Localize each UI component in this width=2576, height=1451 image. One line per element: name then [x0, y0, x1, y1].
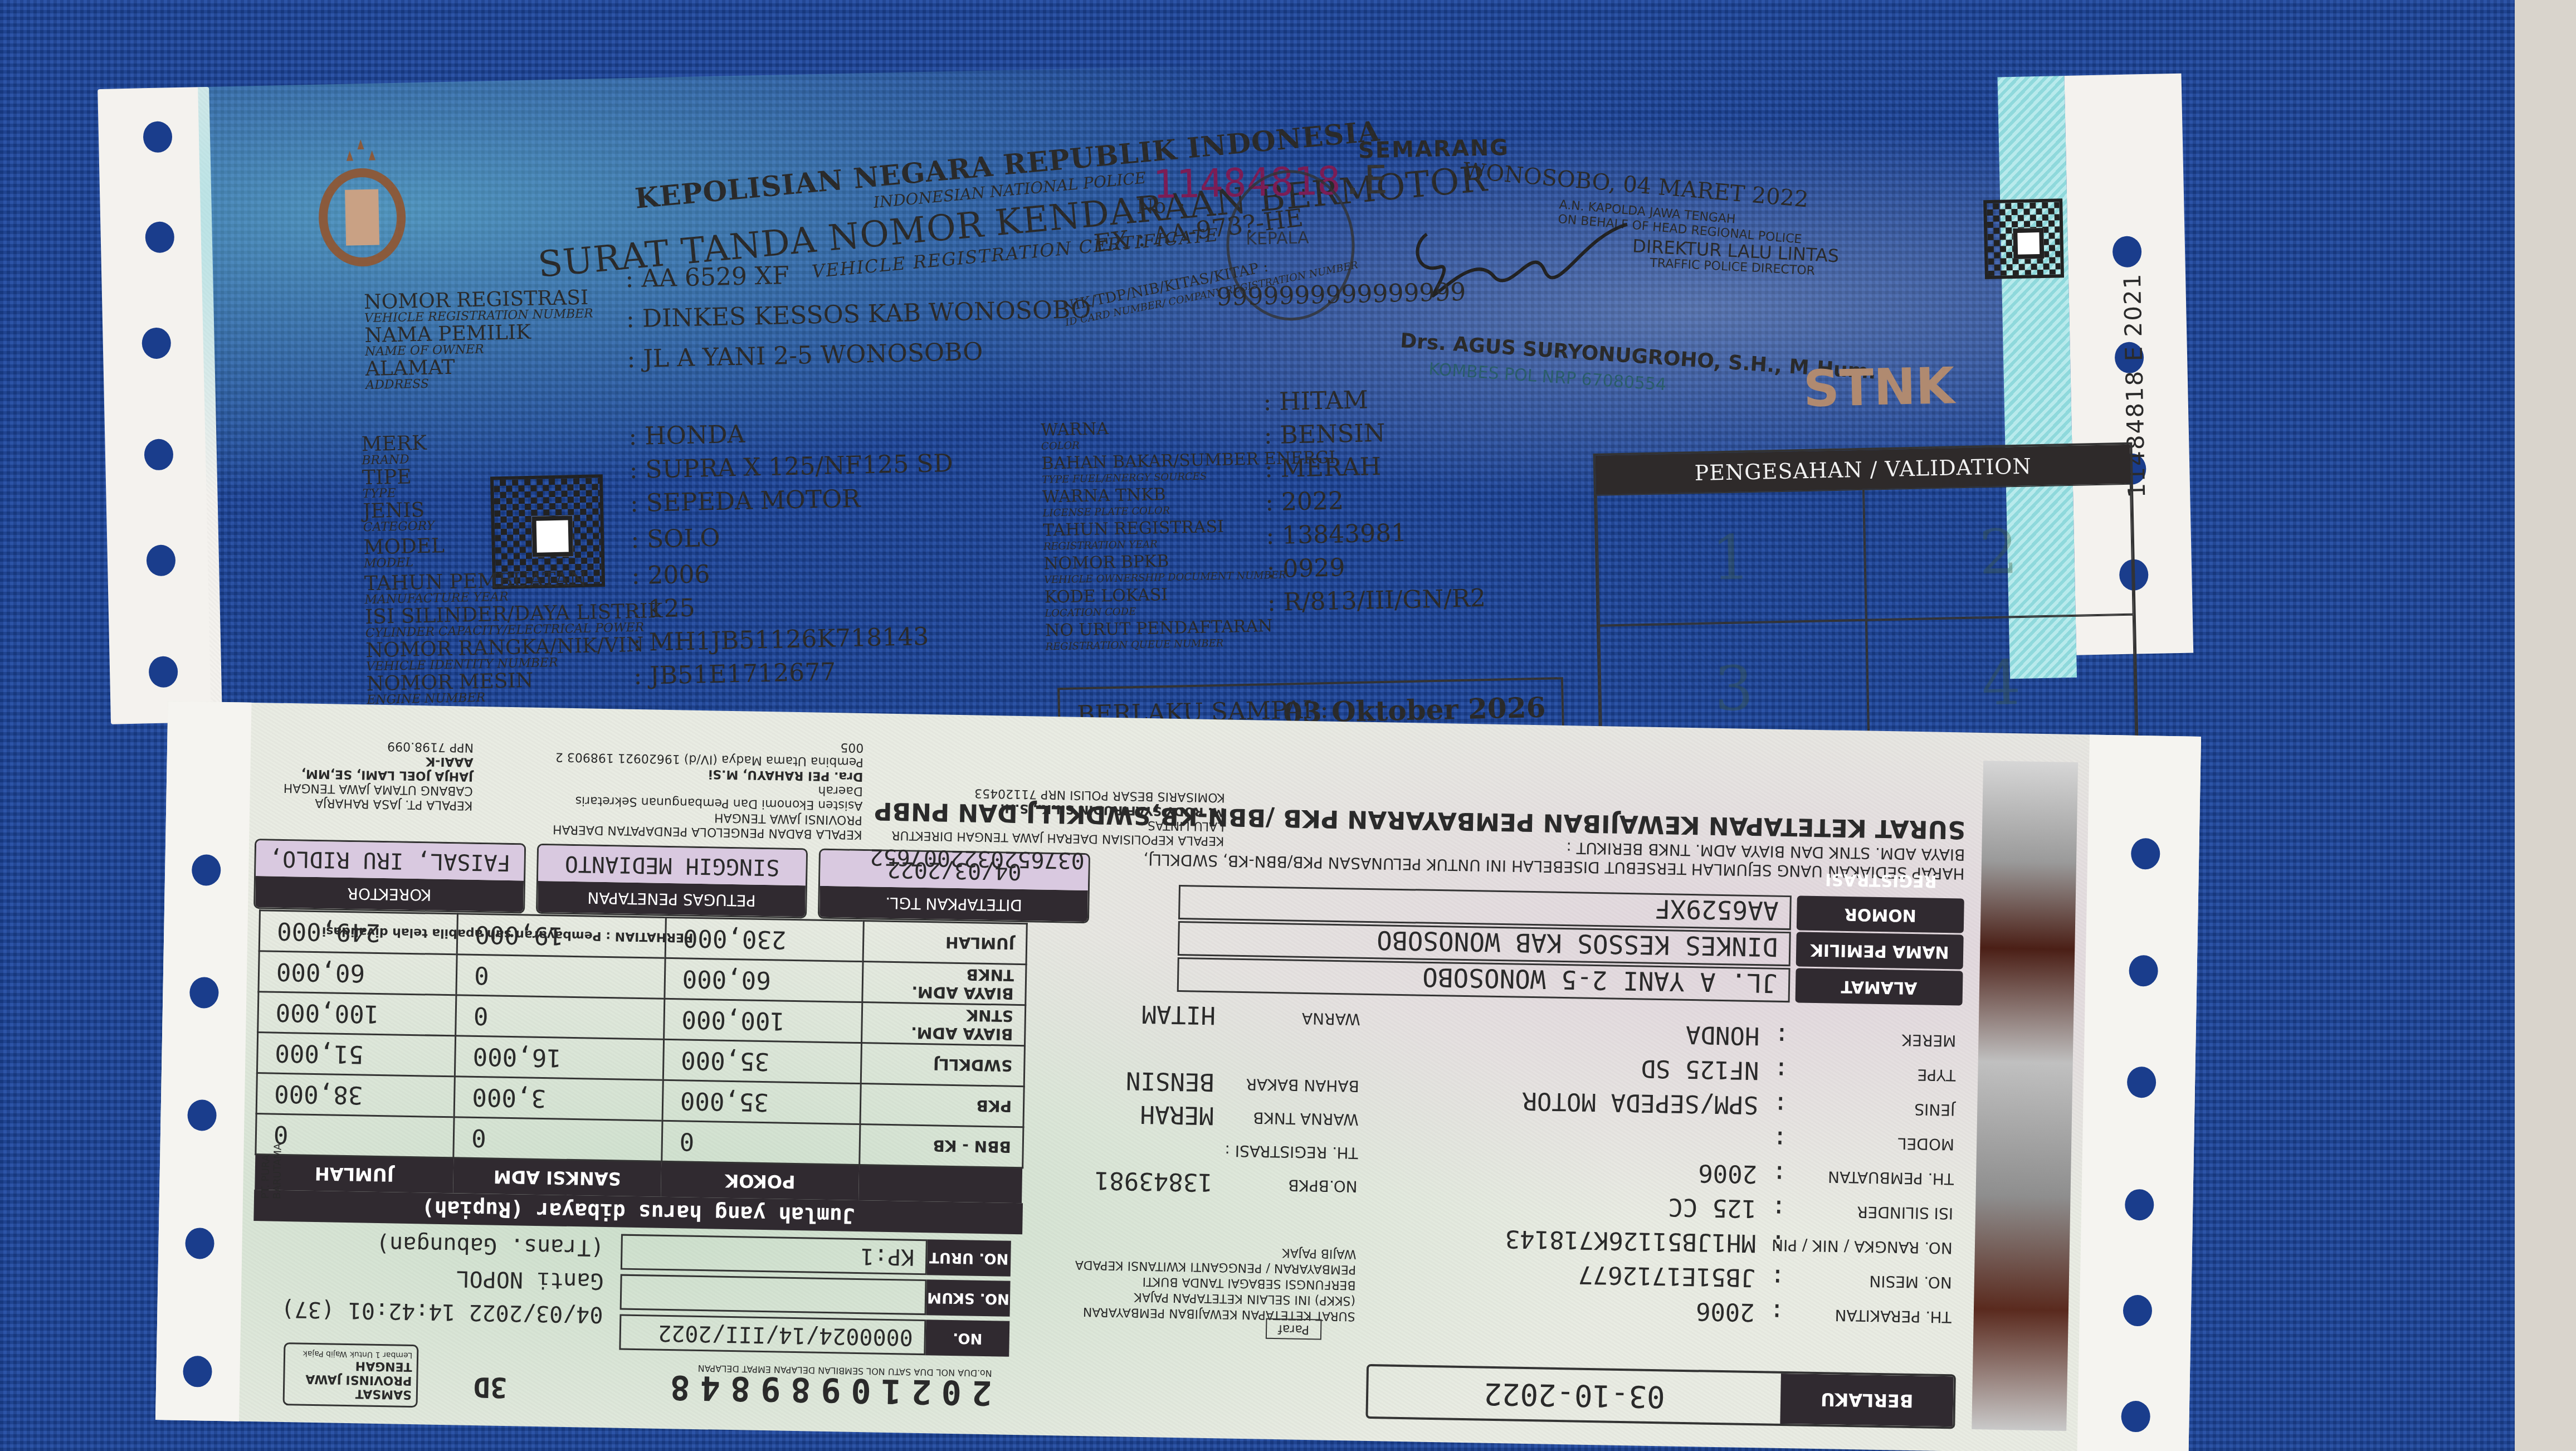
payment-pokok: 35,000	[662, 1080, 861, 1124]
payment-sanksi: 0	[456, 995, 665, 1040]
payment-item: SWDKLLJ	[861, 1043, 1024, 1087]
payment-item: BIAYA ADM. STNK	[862, 1002, 1026, 1046]
code-label-urut: NO. URUT	[927, 1239, 1011, 1277]
validation-cell-4: 4	[1866, 615, 2136, 751]
jr-title: KEPALA PT. JASA RAHARJA CABANG UTAMA JAW…	[277, 780, 473, 812]
signature-police: KEPALA KEPOLISIAN DAERAH JAWA TENGAH DIR…	[890, 784, 1225, 848]
payment-table: Jumlah yang harus dibayar (Rupiah) POKOK…	[253, 909, 1028, 1234]
receipt-extra-value: 13843981	[1094, 1166, 1213, 1196]
payment-jumlah: 38,000	[256, 1073, 455, 1117]
field-value: : 2006	[631, 560, 710, 590]
payment-col-sanksi: SANKSI ADM	[453, 1158, 661, 1197]
validation-cell-2: 2	[1863, 484, 2134, 620]
stnk-field-5: JENISCATEGORY	[363, 500, 435, 534]
payment-item: BBN - KB	[860, 1124, 1023, 1168]
region-city: SEMARANG	[1358, 135, 1510, 164]
stnk-field-right-2: WARNA TNKBLICENSE PLATE COLOR	[1042, 485, 1170, 520]
code-value-urut: KP:1	[621, 1234, 928, 1275]
field-label: WARNA TNKB	[1042, 485, 1170, 508]
field-label: NOMOR MESIN	[366, 671, 533, 694]
receipt-field-label: ISI SILINDER	[1857, 1202, 1953, 1223]
stnk-document: 11484818 E 2021 KEPOLISIAN NEGARA REPUBL…	[97, 40, 2194, 724]
stnk-field-1: NAMA PEMILIKNAME OF OWNER	[364, 323, 531, 358]
stnk-field-right-5: KODE LOKASILOCATION CODE	[1044, 585, 1168, 620]
code-label-kohir: NO. KOHIR	[925, 1319, 1009, 1357]
receipt-extra-label: WARNA	[1302, 1009, 1360, 1029]
paraf-box: Paraf	[1266, 1318, 1322, 1340]
payment-pokok: 35,000	[663, 1039, 861, 1083]
field-label: KODE LOKASI	[1044, 585, 1168, 608]
field-label-en: CATEGORY	[363, 520, 435, 534]
police-emblem-icon	[310, 138, 413, 269]
field-value: : 2022	[1265, 486, 1344, 517]
field-label-en: MODEL	[364, 556, 445, 570]
receipt-field-value: : NF125 SD	[1641, 1054, 1789, 1085]
payment-sanksi: 16,000	[455, 1036, 664, 1080]
field-label-en: LOCATION CODE	[1045, 605, 1168, 620]
receipt-extra-label: TH. REGISTRASI :	[1224, 1141, 1358, 1162]
validation-cell-1: 1	[1596, 489, 1866, 626]
receipt-field-value: : 125 CC	[1668, 1192, 1787, 1223]
field-label: JENIS	[363, 500, 435, 522]
hologram-strip	[1972, 761, 2078, 1431]
field-label-en: COLOR	[1041, 439, 1109, 453]
perforation-strip-left	[2077, 734, 2201, 1451]
code-value-kohir: 0000024/14/III/2022	[619, 1314, 926, 1356]
perforation-strip-right	[155, 701, 251, 1421]
field-label-en: BRAND	[362, 454, 427, 467]
receipt-field-value: : SPM/SEPEDA MOTOR	[1522, 1087, 1788, 1119]
payment-col-jumlah: JUMLAH	[255, 1155, 453, 1194]
label-nomor-registrasi: NOMOR REGISTRASI	[1797, 895, 1964, 933]
skkp-notice: SURAT KETETAPAN KEWAJIBAN PEMBAYARAN (SK…	[1065, 1241, 1356, 1324]
note-ganti-nopol: Ganti NOPOL	[456, 1265, 604, 1294]
note-trans: (Trans. Gabungan)	[376, 1231, 604, 1260]
receipt-extra-label: BAHAN BAKAR	[1246, 1075, 1359, 1095]
stnk-field-right-3: TAHUN REGISTRASIREGISTRATION YEAR	[1043, 517, 1224, 553]
field-value: : SEPEDA MOTOR	[630, 484, 860, 518]
receipt-field-label: TYPE	[1917, 1065, 1955, 1084]
signature-bapenda: KEPALA BADAN PENGELOLA PENDAPATAN DAERAH…	[528, 734, 863, 841]
payment-sanksi: 0	[456, 955, 665, 999]
receipt-field-value: : HONDA	[1686, 1020, 1789, 1050]
payment-sanksi: 0	[453, 1117, 662, 1162]
stnk-watermark: STNK	[1803, 357, 1955, 418]
stnk-field-7: TAHUN PEMBUATANMANUFACTURE YEAR	[364, 569, 587, 606]
bapenda-sub: Asisten Ekonomi Dan Pembangunan Sekretar…	[528, 778, 863, 812]
field-value: : 125	[632, 594, 695, 624]
payment-jumlah: 60,000	[258, 951, 457, 995]
code-label-skum: NO. SKUM	[926, 1279, 1011, 1317]
field-label: TIPE	[362, 467, 412, 488]
receipt-field-value: : 2006	[1698, 1158, 1787, 1189]
police-title: KEPALA KEPOLISIAN DAERAH JAWA TENGAH DIR…	[890, 813, 1224, 848]
stamp-code: 3D	[473, 1371, 507, 1404]
receipt-codes: NO. KOHIR0000024/14/III/2022 NO. SKUM NO…	[619, 1230, 1011, 1357]
receipt-expire-label: BERLAKU SAMPAI	[1780, 1374, 1954, 1426]
field-value: : HITAM	[1263, 386, 1368, 416]
payment-sanksi: 3,000	[454, 1077, 663, 1121]
field-value: : MERAH	[1264, 452, 1381, 483]
field-value: : HONDA	[628, 420, 745, 451]
stnk-field-4: TIPETYPE	[362, 467, 412, 500]
signoff-label-ditetapkan: DITETAPKAN TGL.	[819, 886, 1088, 922]
field-value: : JB51E1712677	[633, 658, 836, 690]
field-value: : 13843981	[1266, 519, 1407, 550]
stnk-field-right-6: NO URUT PENDAFTARANREGISTRATION QUEUE NU…	[1045, 616, 1274, 654]
field-label: TAHUN REGISTRASI	[1043, 517, 1224, 541]
samsat-box: SAMSAT PROVINSI JAWA TENGAH Lembar 1 Unt…	[283, 1342, 419, 1408]
validation-code: 0376520322007652	[870, 844, 1085, 873]
bapenda-id: Pembina Utama Madya (IV/d) 19620921 1989…	[529, 734, 864, 769]
payment-item: BIAYA ADM. TNKB	[862, 962, 1026, 1005]
serial-suffix: .E	[1340, 157, 1388, 204]
receipt-field-value: :	[1772, 1126, 1787, 1154]
stnk-field-6: MODELMODEL	[363, 536, 445, 570]
field-label-en: ADDRESS	[365, 378, 455, 392]
validation-box: PENGESAHAN / VALIDATION 1 2 3 4	[1593, 442, 2138, 759]
payment-col-item	[859, 1165, 1023, 1204]
qr-code-icon	[1983, 198, 2064, 279]
stnk-field-2: ALAMATADDRESS	[365, 358, 455, 392]
samsat-label: SAMSAT PROVINSI JAWA TENGAH	[289, 1357, 412, 1401]
field-label: ALAMAT	[365, 358, 455, 379]
label-nama-pemilik: NAMA PEMILIK	[1796, 932, 1964, 969]
jr-name: JAHJA JOEL LAMI, SE,MM, AAAI-K	[278, 751, 474, 783]
signoff-label-petugas: PETUGAS PENETAPAN	[538, 881, 806, 917]
field-value: : AA 6529 XF	[625, 261, 789, 293]
label-alamat: ALAMAT	[1796, 968, 1963, 1005]
background-edge	[2515, 0, 2576, 1451]
field-label: MERK	[361, 434, 427, 455]
payment-pokok: 60,000	[665, 958, 863, 1002]
field-label: WARNA	[1041, 419, 1109, 441]
nib-value: 9999999999999999	[1216, 278, 1466, 311]
bapenda-title: KEPALA BADAN PENGELOLA PENDAPATAN DAERAH…	[528, 807, 862, 841]
field-value: : 0929	[1266, 553, 1345, 583]
payment-col-pokok: POKOK	[661, 1161, 859, 1200]
receipt-field-value: : 2006	[1695, 1297, 1784, 1327]
stnk-field-9: NOMOR RANGKA/NIK/VINVEHICLE IDENTITY NUM…	[365, 635, 644, 673]
receipt-field-value: : JB51E1712677	[1578, 1260, 1785, 1292]
field-label: NAMA PEMILIK	[364, 323, 531, 346]
receipt-expire-date: 03-10-2022	[1368, 1366, 1780, 1424]
receipt-extra-value: MERAH	[1140, 1100, 1214, 1129]
code-value-skum	[620, 1274, 927, 1316]
field-value: : R/813/III/GN/R2	[1267, 584, 1486, 617]
printer-name: PT. PURA BARUTAMA	[260, 1098, 285, 1199]
receipt-extra-value: HITAM	[1141, 1000, 1216, 1029]
receipt-field-label: TH. PERAKITAN	[1835, 1306, 1951, 1327]
payment-jumlah: 0	[256, 1114, 455, 1158]
receipt-extra-label: NO.BPKB	[1288, 1176, 1358, 1195]
signoff-value-petugas: SINGGIH MEDIANTO	[538, 845, 807, 885]
stnk-field-right-4: NOMOR BPKBVEHICLE OWNERSHIP DOCUMENT NUM…	[1043, 549, 1286, 587]
skkp-receipt: SURAT KETETAPAN KEWAJIBAN PEMBAYARAN PKB…	[155, 701, 2201, 1451]
receipt-field-label: MEREK	[1902, 1031, 1957, 1050]
receipt-field-label: MODEL	[1898, 1134, 1955, 1154]
payment-jumlah: 100,000	[258, 992, 457, 1036]
receipt-expire-box: BERLAKU SAMPAI 03-10-2022	[1365, 1364, 1956, 1429]
stnk-field-0: NOMOR REGISTRASIVEHICLE REGISTRATION NUM…	[364, 288, 593, 325]
receipt-field-label: TH. PEMBUATAN	[1828, 1167, 1954, 1188]
receipt-field-label: NO. RANGKA / NIK / PIN	[1772, 1236, 1953, 1258]
signoff-value-korektor: FAISAL, IRU RIDLO,	[256, 840, 524, 880]
receipt-field-value: : MH1JB51126K718143	[1505, 1224, 1785, 1258]
receipt-field-label: JENIS	[1914, 1100, 1955, 1119]
payment-pokok: 0	[661, 1121, 860, 1165]
receipt-field-label: NO. MESIN	[1869, 1272, 1952, 1292]
stnk-field-right-0: WARNACOLOR	[1041, 419, 1109, 453]
field-value: : BENSIN	[1263, 419, 1385, 450]
payment-pokok: 230,000	[665, 917, 863, 961]
receipt-extra-value: BENSIN	[1126, 1066, 1215, 1096]
signature-jasaraharja: KEPALA PT. JASA RAHARJA CABANG UTAMA JAW…	[277, 737, 474, 812]
stnk-field-10: NOMOR MESINENGINE NUMBER	[366, 671, 534, 707]
field-label: MODEL	[363, 536, 445, 558]
payment-item: PKB	[860, 1084, 1024, 1127]
stnk-field-3: MERKBRAND	[361, 434, 427, 467]
payment-item: JUMLAH	[863, 921, 1027, 965]
payment-jumlah: 51,000	[257, 1033, 456, 1077]
receipt-extra-label: WARNA TNKB	[1253, 1108, 1359, 1128]
signoff-label-korektor: KOREKTOR	[255, 876, 524, 912]
payment-pokok: 100,000	[663, 999, 862, 1043]
field-value: : SOLO	[631, 524, 720, 554]
